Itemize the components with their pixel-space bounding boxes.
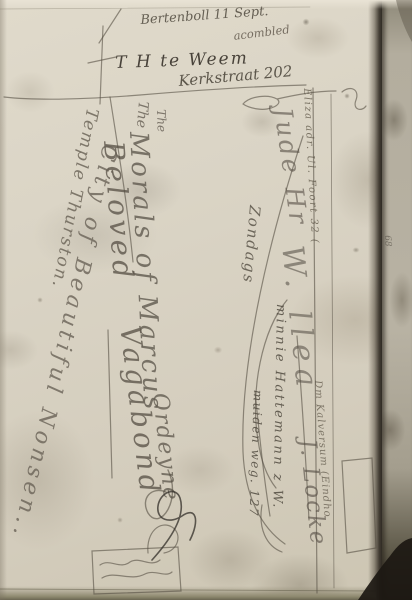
page-edge-strip	[382, 0, 412, 600]
page-left-edge	[0, 0, 7, 600]
binding-gutter-shadow	[368, 0, 382, 600]
page-bottom-edge	[0, 586, 376, 600]
book-flyleaf-scan: Bertenboll 11 Sept. acombled T H te Weem…	[0, 0, 412, 600]
page-top-edge	[0, 0, 412, 9]
paper-foxing-texture	[0, 0, 412, 600]
